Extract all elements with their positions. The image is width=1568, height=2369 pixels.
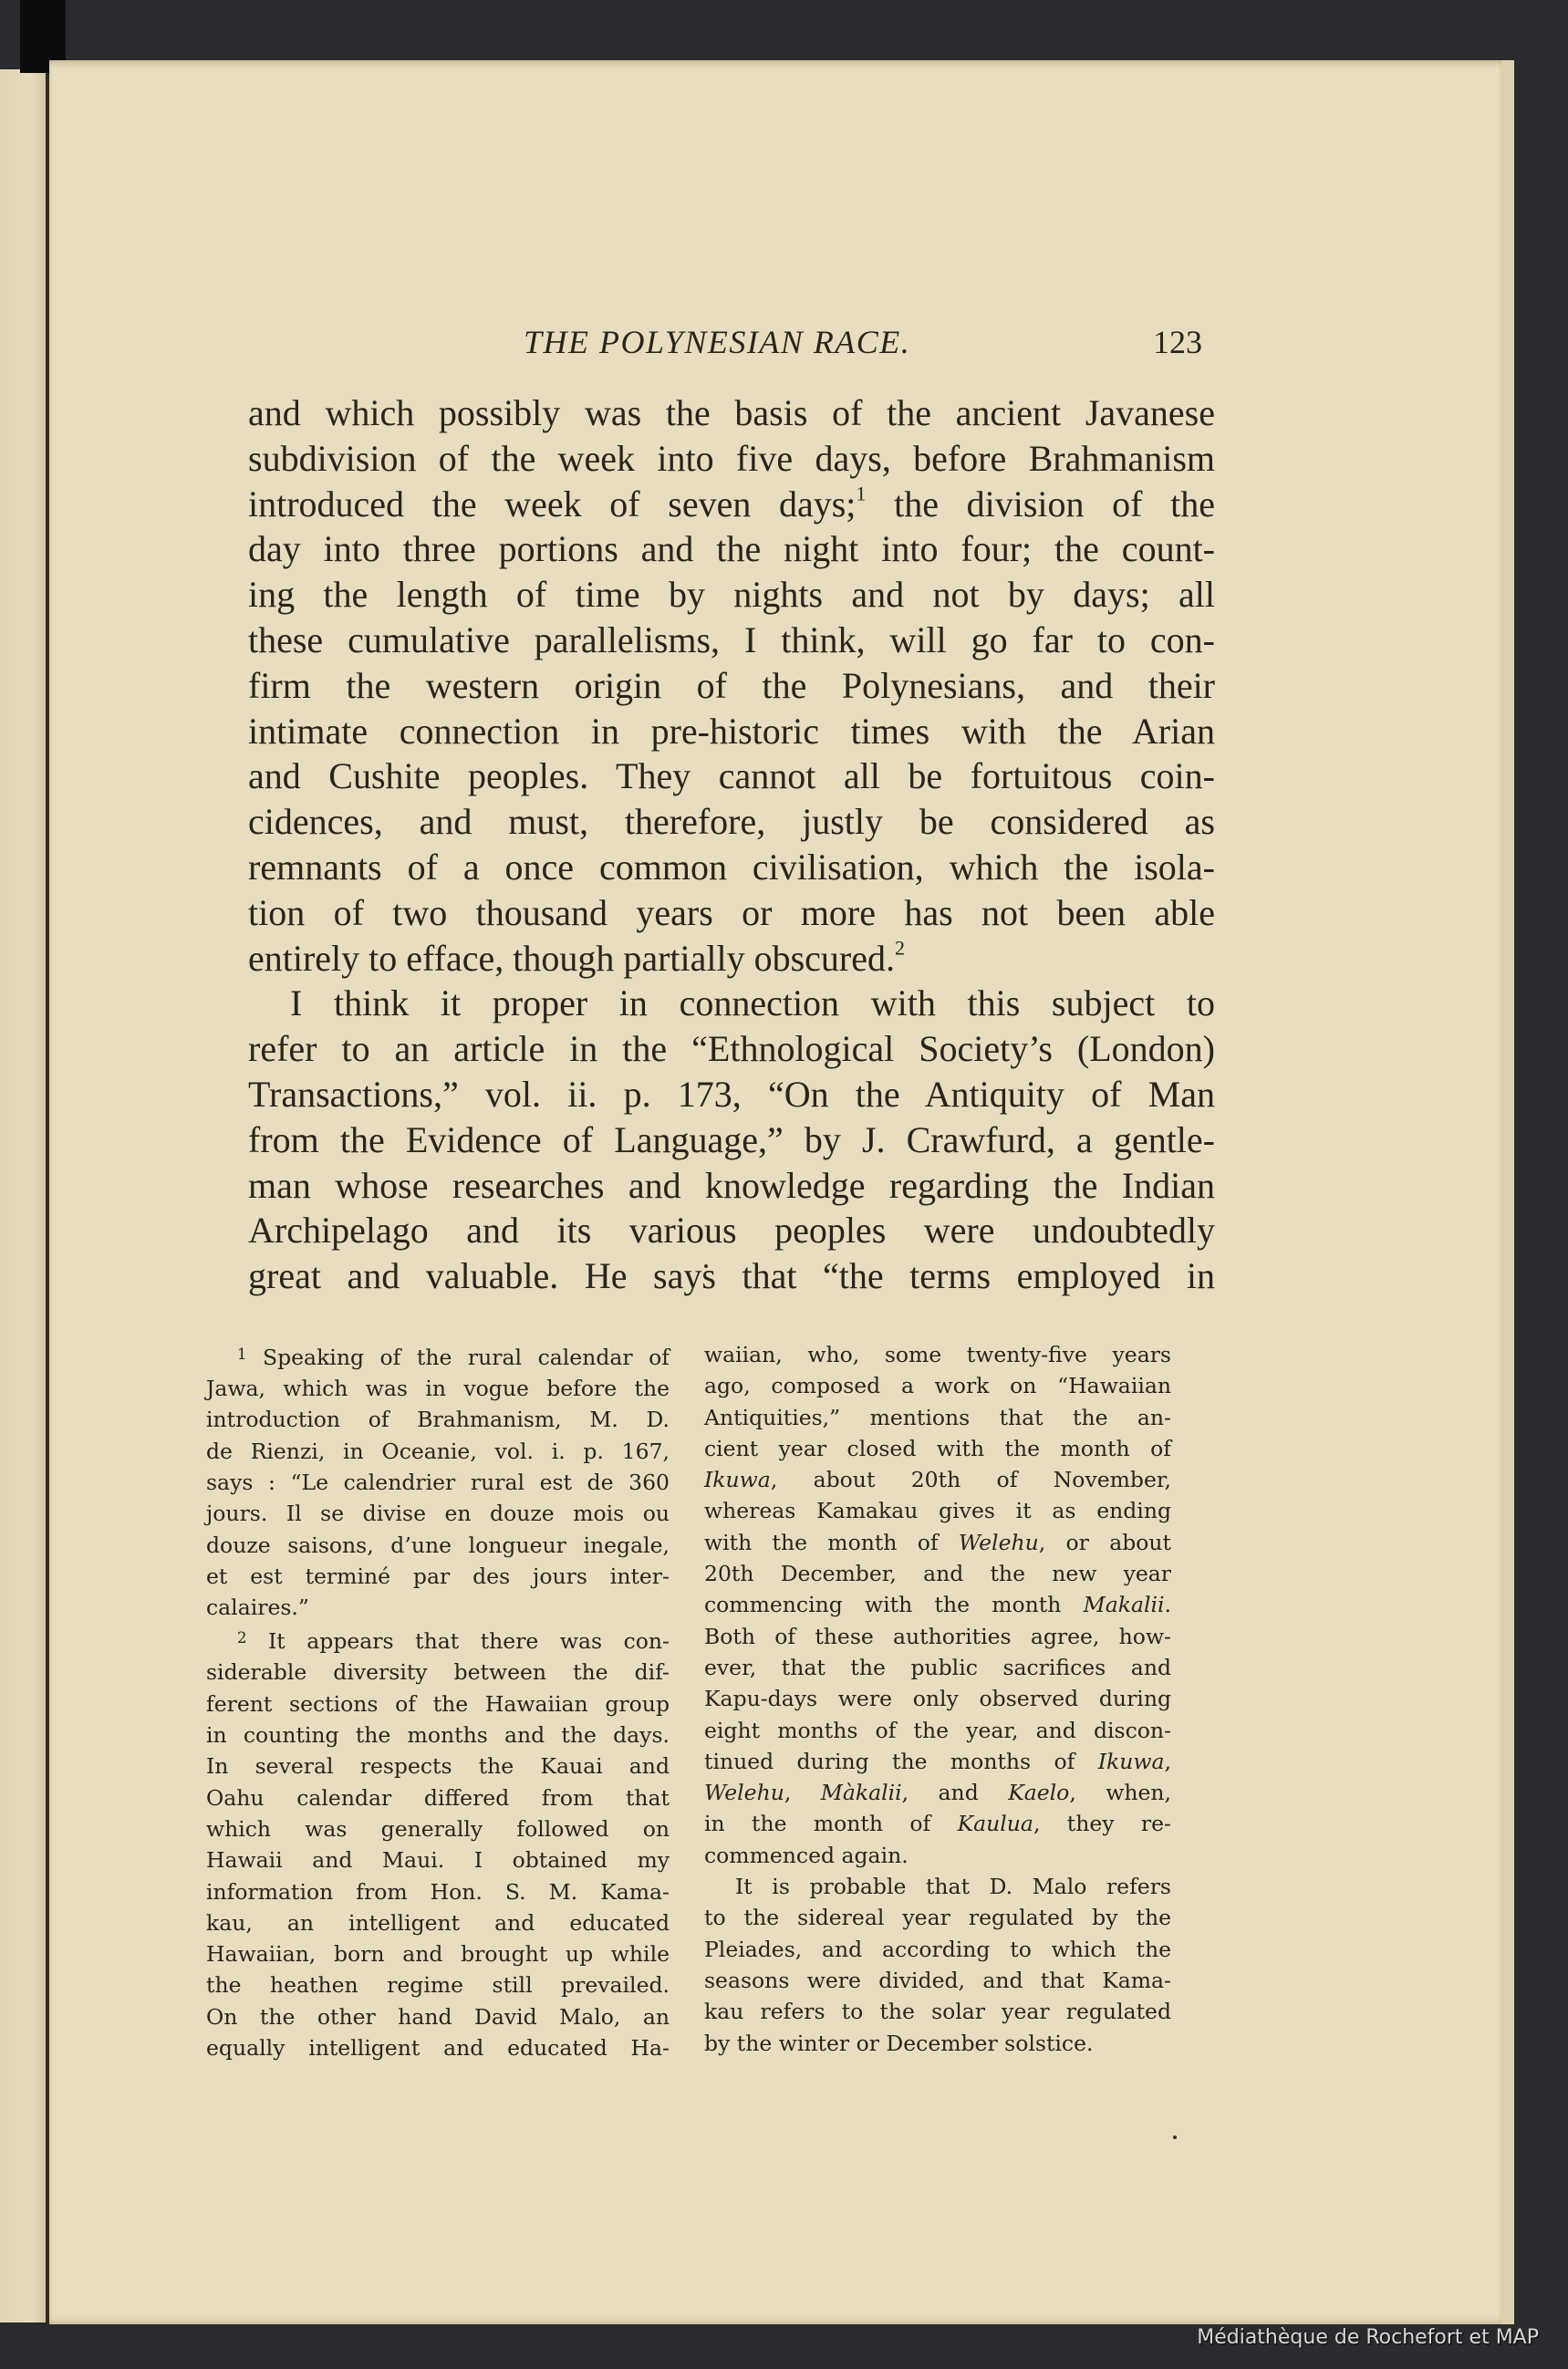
footnote-text: , (1165, 1749, 1171, 1774)
footnote-line: waiian, who, some twenty-five years (704, 1339, 1171, 1370)
footnote-line: calaires.” (206, 1592, 670, 1623)
body-line: I think it proper in connection with thi… (248, 981, 1215, 1026)
footnote-line: equally intelligent and educated Ha- (206, 2032, 670, 2063)
running-head: THE POLYNESIAN RACE. 123 (49, 323, 1501, 359)
footnote-line: commencing with the month Makalii. (704, 1589, 1171, 1620)
footnote-line: et est terminé par des jours inter- (206, 1561, 670, 1592)
footnote-line: Welehu, Màkalii, and Kaelo, when, (704, 1777, 1171, 1808)
footnote-line: 2 It appears that there was con- (206, 1623, 670, 1657)
body-line: subdivision of the week into five days, … (248, 436, 1215, 482)
footnote-text: , and (902, 1780, 1009, 1805)
body-line: from the Evidence of Language,” by J. Cr… (248, 1117, 1215, 1163)
body-line: intimate connection in pre-historic time… (248, 709, 1215, 754)
footnote-line: with the month of Welehu, or about (704, 1527, 1171, 1558)
footnote-line: In several respects the Kauai and (206, 1751, 670, 1782)
footnote-column-right: waiian, who, some twenty-five years ago,… (704, 1339, 1171, 2059)
footnote-ref[interactable]: 1 (856, 482, 866, 504)
footnote-text: It appears that there was con- (246, 1628, 670, 1654)
footnote-line: Jawa, which was in vogue before the (206, 1373, 670, 1404)
footnote-line: de Rienzi, in Oceanie, vol. i. p. 167, (206, 1436, 670, 1467)
month-name: Kaulua (958, 1811, 1033, 1836)
body-line-text: the division of the (866, 483, 1215, 525)
month-name: Welehu (704, 1780, 784, 1805)
month-name: Kaelo (1008, 1780, 1069, 1805)
running-title: THE POLYNESIAN RACE. (524, 323, 910, 361)
footnote-marker: 2 (237, 1629, 246, 1647)
body-line: Transactions,” vol. ii. p. 173, “On the … (248, 1072, 1215, 1117)
footnote-line: commenced again. (704, 1840, 1171, 1871)
body-text: and which possibly was the basis of the … (248, 390, 1215, 1299)
body-line: and Cushite peoples. They cannot all be … (248, 753, 1215, 799)
body-line: refer to an article in the “Ethnological… (248, 1026, 1215, 1072)
footnote-line: Oahu calendar differed from that (206, 1782, 670, 1813)
footnote-text: Speaking of the rural calendar of (246, 1345, 670, 1370)
body-line: tion of two thousand years or more has n… (248, 890, 1215, 936)
footnote-line: Pleiades, and according to which the (704, 1934, 1171, 1965)
footnote-line: information from Hon. S. M. Kama- (206, 1876, 670, 1907)
footnote-line: jours. Il se divise en douze mois ou (206, 1498, 670, 1529)
footnote-text: , they re- (1033, 1811, 1171, 1836)
footnote-line: ever, that the public sacrifices and (704, 1652, 1171, 1683)
footnote-line: to the sidereal year regulated by the (704, 1902, 1171, 1933)
footnote-line: seasons were divided, and that Kama- (704, 1965, 1171, 1996)
footnote-text: , (784, 1780, 821, 1805)
month-name: Màkalii (821, 1780, 902, 1805)
footnote-line: siderable diversity between the dif- (206, 1657, 670, 1688)
body-line: day into three portions and the night in… (248, 526, 1215, 572)
footnote-line: douze saisons, d’une longueur inegale, (206, 1530, 670, 1561)
footnote-text: , when, (1069, 1780, 1171, 1805)
facing-page-edge (0, 69, 46, 2322)
body-line: these cumulative parallelisms, I think, … (248, 618, 1215, 663)
body-line: Archipelago and its various peoples were… (248, 1208, 1215, 1253)
body-line: entirely to efface, though partially obs… (248, 936, 1215, 982)
body-line: introduced the week of seven days;1 the … (248, 482, 1215, 527)
footnote-text: commencing with the month (704, 1592, 1084, 1617)
footnote-line: cient year closed with the month of (704, 1433, 1171, 1464)
body-line: remnants of a once common civilisation, … (248, 845, 1215, 890)
body-line: and which possibly was the basis of the … (248, 390, 1215, 436)
footnote-line: tinued during the months of Ikuwa, (704, 1746, 1171, 1777)
footnote-text: , about 20th of November, (771, 1467, 1171, 1492)
footnote-line: kau refers to the solar year regulated (704, 1996, 1171, 2027)
footnote-column-left: 1 Speaking of the rural calendar of Jawa… (206, 1339, 670, 2063)
body-line-text: introduced the week of seven days; (248, 483, 856, 525)
footnote-line: It is probable that D. Malo refers (704, 1871, 1171, 1902)
footnote-ref[interactable]: 2 (895, 936, 905, 959)
footnote-line: On the other hand David Malo, an (206, 2001, 670, 2032)
footnote-text: tinued during the months of (704, 1749, 1098, 1774)
month-name: Ikuwa (1098, 1749, 1165, 1774)
body-line: cidences, and must, therefore, justly be… (248, 799, 1215, 845)
page-number: 123 (1153, 323, 1202, 361)
footnote-line: whereas Kamakau gives it as ending (704, 1495, 1171, 1526)
footnote-line: which was generally followed on (206, 1813, 670, 1844)
footnote-line: kau, an intelligent and educated (206, 1907, 670, 1938)
footnote-line: Hawaiian, born and brought up while (206, 1938, 670, 1969)
month-name: Welehu (959, 1530, 1039, 1555)
footnote-line: eight months of the year, and discon- (704, 1715, 1171, 1746)
footnote-line: Both of these authorities agree, how- (704, 1621, 1171, 1652)
body-line: man whose researches and knowledge regar… (248, 1163, 1215, 1209)
footnote-line: introduction of Brahmanism, M. D. (206, 1404, 670, 1435)
footnote-line: Hawaii and Maui. I obtained my (206, 1844, 670, 1875)
footnote-line: says : “Le calendrier rural est de 360 (206, 1467, 670, 1498)
body-line: great and valuable. He says that “the te… (248, 1253, 1215, 1299)
footnote-text: in the month of (704, 1811, 958, 1836)
footnote-line: in the month of Kaulua, they re- (704, 1808, 1171, 1839)
footnote-line: 1 Speaking of the rural calendar of (206, 1339, 670, 1373)
footnote-line: by the winter or December solstice. (704, 2028, 1171, 2059)
book-page: THE POLYNESIAN RACE. 123 and which possi… (49, 60, 1514, 2324)
footnote-line: the heathen regime still prevailed. (206, 1969, 670, 2000)
footnote-text: . (1165, 1592, 1171, 1617)
footnote-line: Kapu-days were only observed during (704, 1683, 1171, 1714)
footnote-line: ferent sections of the Hawaiian group (206, 1688, 670, 1720)
body-line-text: entirely to efface, though partially obs… (248, 938, 895, 979)
month-name: Ikuwa (704, 1467, 771, 1492)
paper-speck (1173, 2135, 1177, 2139)
footnote-text: , or about (1039, 1530, 1171, 1555)
month-name: Makalii (1084, 1592, 1165, 1617)
footnote-marker: 1 (237, 1346, 246, 1363)
watermark: Médiathèque de Rochefort et MAP (1197, 2326, 1539, 2349)
paper-speck (704, 1264, 708, 1268)
footnote-line: Ikuwa, about 20th of November, (704, 1464, 1171, 1495)
footnote-line: Antiquities,” mentions that the an- (704, 1402, 1171, 1433)
footnote-line: in counting the months and the days. (206, 1720, 670, 1751)
body-line: ing the length of time by nights and not… (248, 572, 1215, 618)
footnote-line: ago, composed a work on “Hawaiian (704, 1370, 1171, 1401)
footnote-line: 20th December, and the new year (704, 1558, 1171, 1589)
body-line: firm the western origin of the Polynesia… (248, 663, 1215, 709)
footnote-text: with the month of (704, 1530, 959, 1555)
